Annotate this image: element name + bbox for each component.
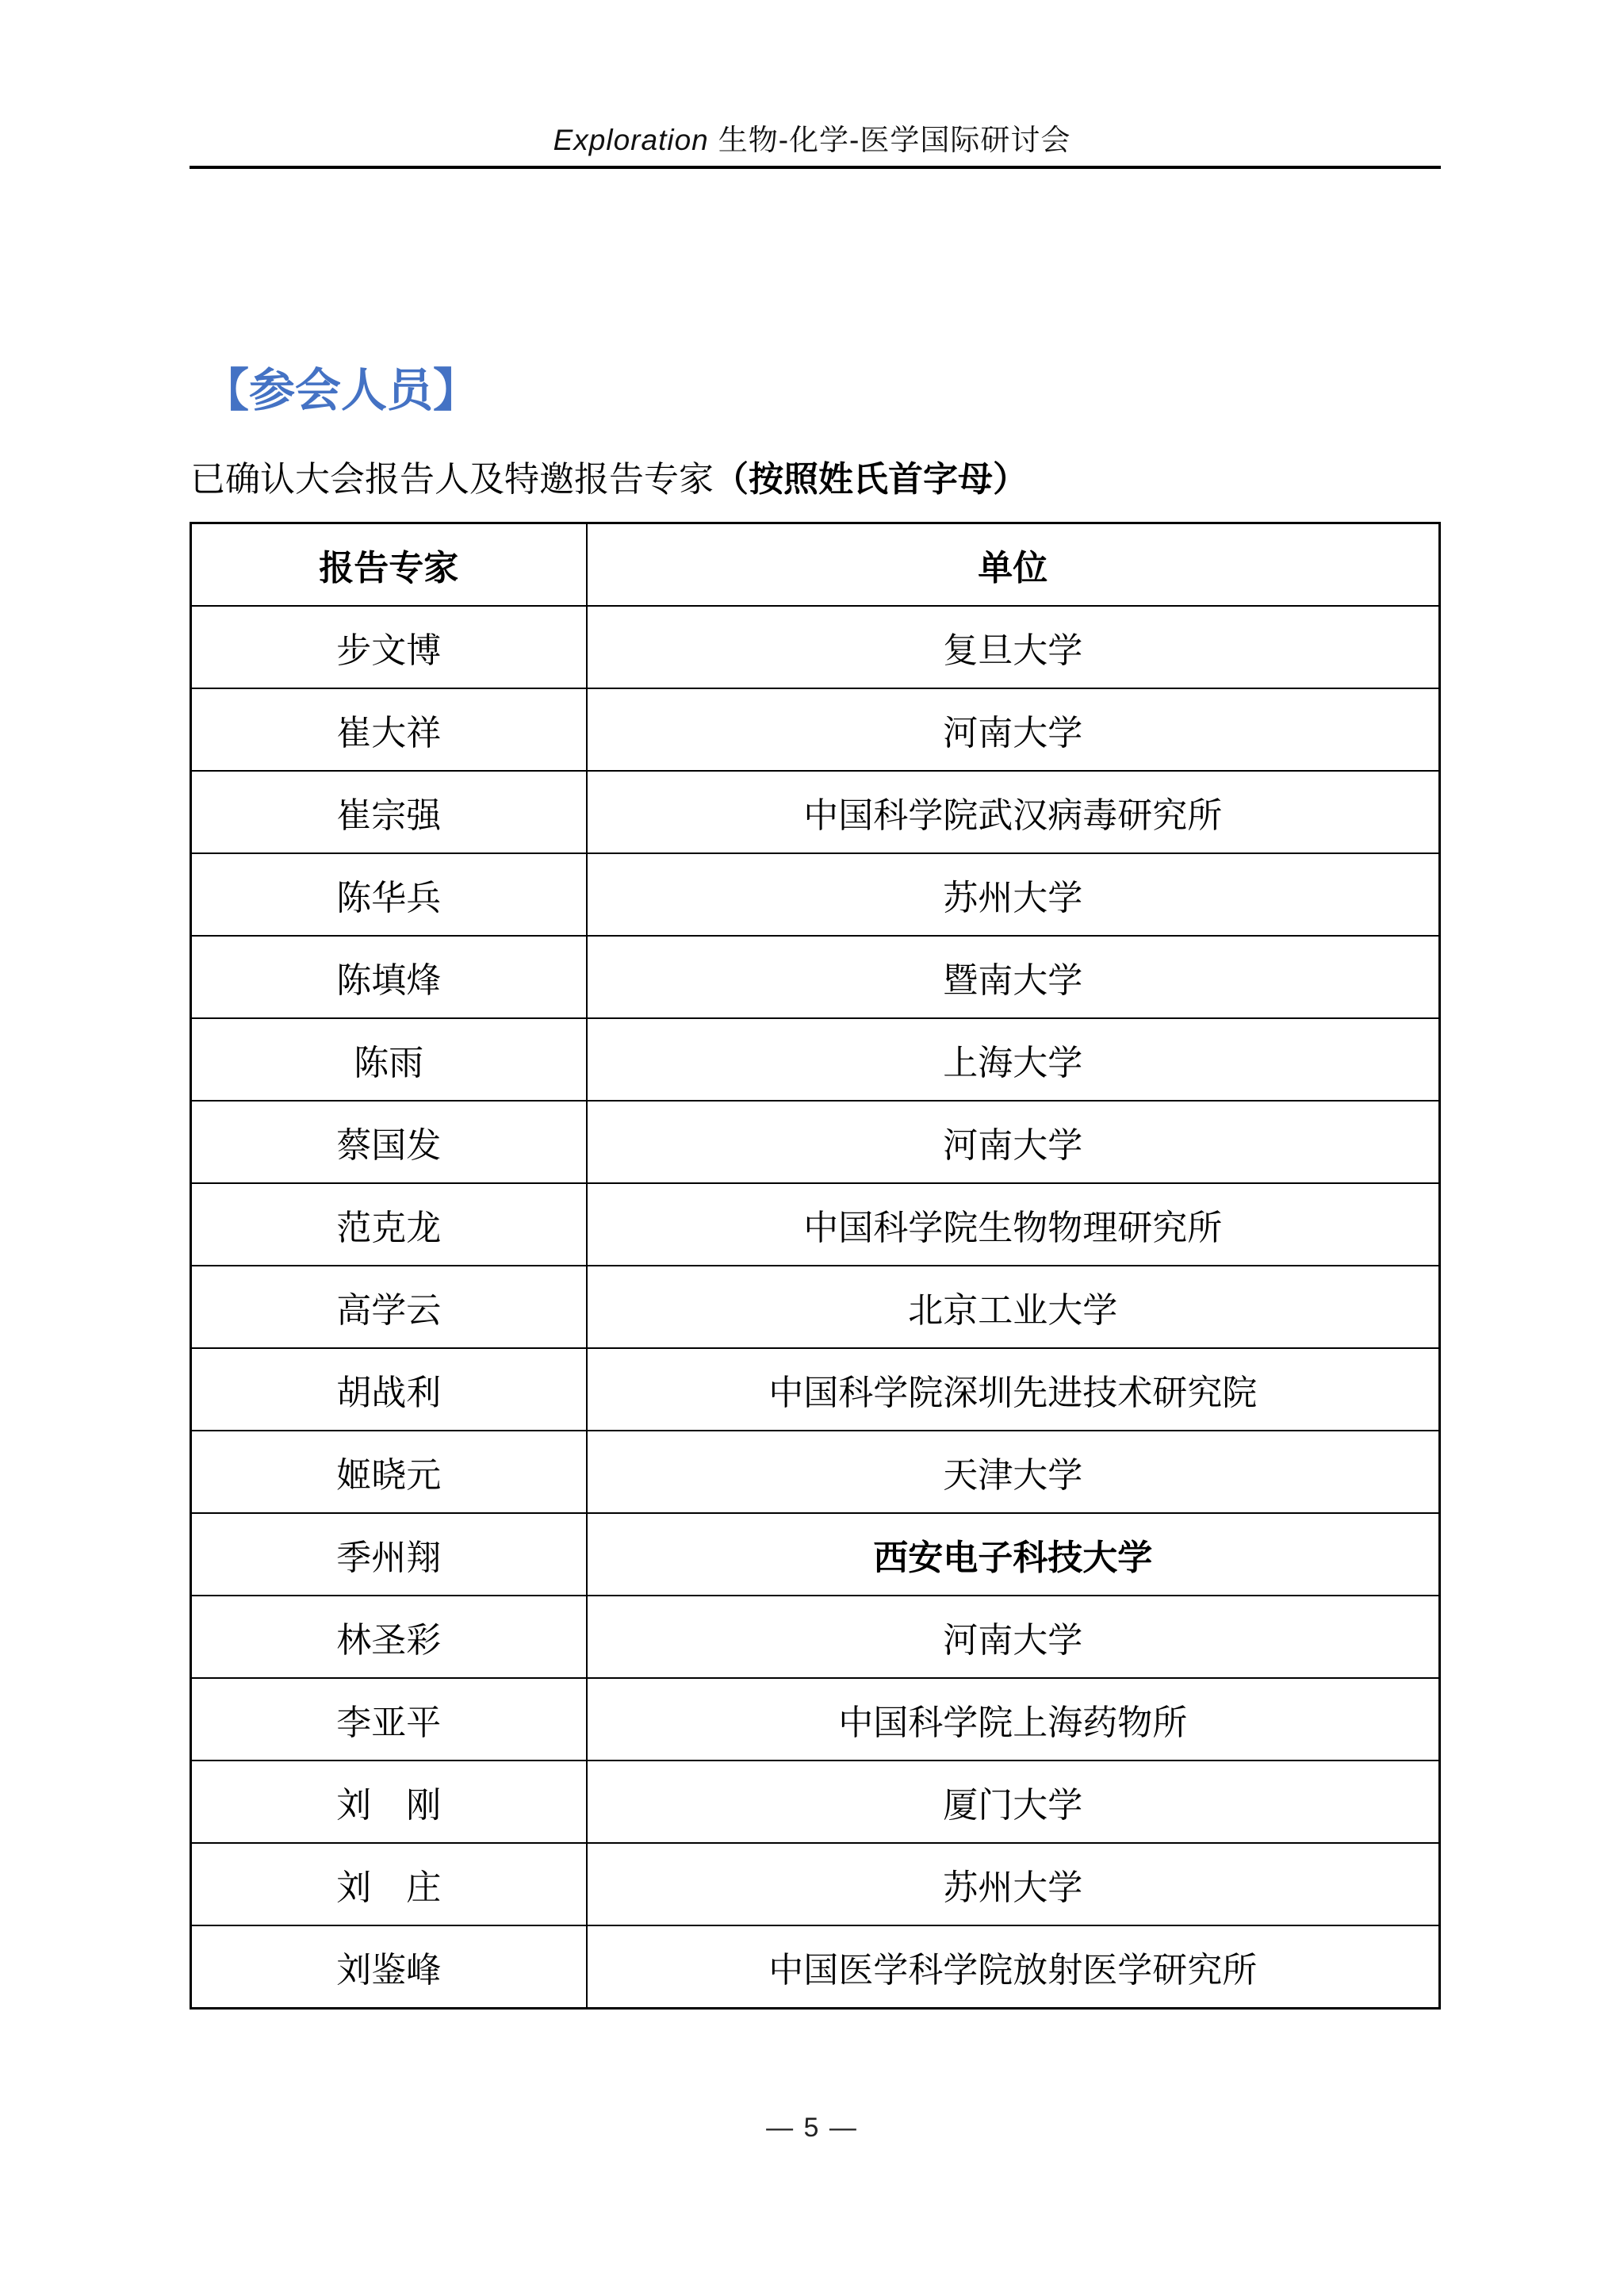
running-header: Exploration生物-化学-医学国际研讨会 xyxy=(0,116,1624,159)
header-rule-line xyxy=(190,166,1441,169)
table-row: 崔宗强中国科学院武汉病毒研究所 xyxy=(191,771,1440,853)
table-body: 步文博复旦大学崔大祥河南大学崔宗强中国科学院武汉病毒研究所陈华兵苏州大学陈填烽暨… xyxy=(191,606,1440,2009)
speaker-name-cell: 林圣彩 xyxy=(191,1596,587,1678)
speaker-name-cell: 范克龙 xyxy=(191,1183,587,1266)
affiliation-cell: 中国科学院生物物理研究所 xyxy=(587,1183,1440,1266)
speaker-name-cell: 季州翔 xyxy=(191,1513,587,1596)
speaker-name-cell: 刘 刚 xyxy=(191,1761,587,1843)
affiliation-cell: 中国科学院武汉病毒研究所 xyxy=(587,771,1440,853)
page-number: — 5 — xyxy=(0,2113,1624,2144)
table-row: 季州翔西安电子科技大学 xyxy=(191,1513,1440,1596)
table-row: 胡战利中国科学院深圳先进技术研究院 xyxy=(191,1348,1440,1431)
table-row: 高学云北京工业大学 xyxy=(191,1266,1440,1348)
affiliation-cell: 暨南大学 xyxy=(587,936,1440,1018)
affiliation-cell: 天津大学 xyxy=(587,1431,1440,1513)
table-row: 林圣彩河南大学 xyxy=(191,1596,1440,1678)
speaker-name-cell: 崔宗强 xyxy=(191,771,587,853)
affiliation-cell: 北京工业大学 xyxy=(587,1266,1440,1348)
speaker-name-cell: 刘鉴峰 xyxy=(191,1925,587,2009)
subtitle: 已确认大会报告人及特邀报告专家（按照姓氏首字母） xyxy=(190,460,1028,500)
affiliation-cell: 河南大学 xyxy=(587,688,1440,771)
table-row: 刘 庄苏州大学 xyxy=(191,1843,1440,1925)
speaker-name-cell: 蔡国发 xyxy=(191,1101,587,1183)
affiliation-cell: 复旦大学 xyxy=(587,606,1440,688)
table-row: 刘鉴峰中国医学科学院放射医学研究所 xyxy=(191,1925,1440,2009)
table-row: 范克龙中国科学院生物物理研究所 xyxy=(191,1183,1440,1266)
table-row: 蔡国发河南大学 xyxy=(191,1101,1440,1183)
speaker-name-cell: 崔大祥 xyxy=(191,688,587,771)
subtitle-bold-text: （按照姓氏首字母） xyxy=(714,460,1028,499)
table-row: 崔大祥河南大学 xyxy=(191,688,1440,771)
table-row: 刘 刚厦门大学 xyxy=(191,1761,1440,1843)
table-row: 陈填烽暨南大学 xyxy=(191,936,1440,1018)
affiliation-cell: 中国医学科学院放射医学研究所 xyxy=(587,1925,1440,2009)
table-header: 报告专家 单位 xyxy=(191,523,1440,607)
table-row: 步文博复旦大学 xyxy=(191,606,1440,688)
speaker-name-cell: 胡战利 xyxy=(191,1348,587,1431)
column-header-speaker: 报告专家 xyxy=(191,523,587,607)
running-header-cn: 生物-化学-医学国际研讨会 xyxy=(718,124,1071,156)
speaker-name-cell: 高学云 xyxy=(191,1266,587,1348)
document-page: Exploration生物-化学-医学国际研讨会 【参会人员】 已确认大会报告人… xyxy=(0,0,1624,2295)
speaker-name-cell: 步文博 xyxy=(191,606,587,688)
affiliation-cell: 中国科学院上海药物所 xyxy=(587,1678,1440,1761)
speaker-name-cell: 姬晓元 xyxy=(191,1431,587,1513)
affiliation-cell: 河南大学 xyxy=(587,1101,1440,1183)
table-header-row: 报告专家 单位 xyxy=(191,523,1440,607)
subtitle-normal-text: 已确认大会报告人及特邀报告专家 xyxy=(190,460,714,499)
affiliation-cell: 中国科学院深圳先进技术研究院 xyxy=(587,1348,1440,1431)
affiliation-cell: 上海大学 xyxy=(587,1018,1440,1101)
affiliation-cell: 河南大学 xyxy=(587,1596,1440,1678)
speaker-name-cell: 陈华兵 xyxy=(191,853,587,936)
affiliation-cell: 苏州大学 xyxy=(587,853,1440,936)
speaker-name-cell: 陈填烽 xyxy=(191,936,587,1018)
speaker-name-cell: 刘 庄 xyxy=(191,1843,587,1925)
speaker-name-cell: 李亚平 xyxy=(191,1678,587,1761)
table-row: 陈雨上海大学 xyxy=(191,1018,1440,1101)
section-title: 【参会人员】 xyxy=(203,363,479,419)
column-header-affiliation: 单位 xyxy=(587,523,1440,607)
table-row: 陈华兵苏州大学 xyxy=(191,853,1440,936)
speakers-table: 报告专家 单位 步文博复旦大学崔大祥河南大学崔宗强中国科学院武汉病毒研究所陈华兵… xyxy=(190,522,1441,2010)
speaker-name-cell: 陈雨 xyxy=(191,1018,587,1101)
affiliation-cell: 苏州大学 xyxy=(587,1843,1440,1925)
affiliation-cell: 西安电子科技大学 xyxy=(587,1513,1440,1596)
table-row: 李亚平中国科学院上海药物所 xyxy=(191,1678,1440,1761)
table-row: 姬晓元天津大学 xyxy=(191,1431,1440,1513)
running-header-en: Exploration xyxy=(553,124,709,156)
affiliation-cell: 厦门大学 xyxy=(587,1761,1440,1843)
